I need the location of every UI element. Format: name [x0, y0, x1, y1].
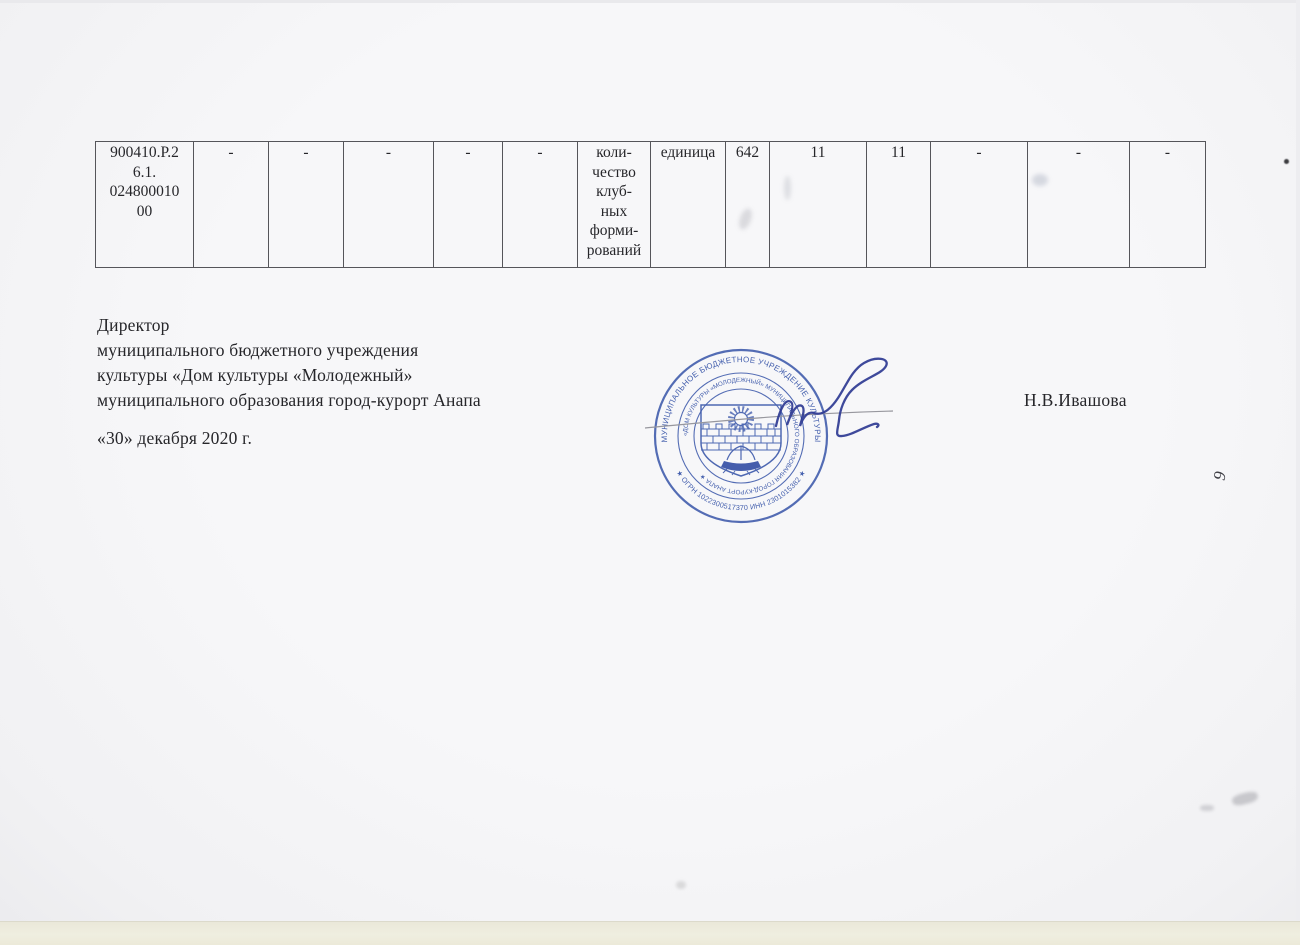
cell-dash-3: -: [344, 142, 434, 267]
cell-dash-5: -: [503, 142, 578, 267]
director-title-line: муниципального бюджетного учреждения: [97, 338, 481, 363]
cell-unit-name: единица: [651, 142, 726, 267]
cell-dash-1: -: [194, 142, 269, 267]
director-title-line: муниципального образования город-курорт …: [97, 388, 481, 413]
document-date: «30» декабря 2020 г.: [97, 428, 252, 449]
cell-dash-7: -: [1028, 142, 1130, 267]
cell-registry-code: 900410.Р.2 6.1. 024800010 00: [96, 142, 194, 267]
director-title-line: культуры «Дом культуры «Молодежный»: [97, 363, 481, 388]
cell-dash-2: -: [269, 142, 344, 267]
scan-edge-top: [0, 0, 1300, 3]
coat-of-arms: [701, 405, 781, 476]
stamp-and-signature: МУНИЦИПАЛЬНОЕ БЮДЖЕТНОЕ УЧРЕЖДЕНИЕ КУЛЬТ…: [615, 325, 925, 560]
scan-edge-right: [1296, 0, 1300, 945]
cell-value-actual: 11: [867, 142, 931, 267]
cell-okei-code: 642: [726, 142, 770, 267]
cell-dash-6: -: [931, 142, 1028, 267]
cell-dash-4: -: [434, 142, 503, 267]
scan-edge-bottom-sheet: [0, 921, 1300, 945]
cell-dash-8: -: [1130, 142, 1205, 267]
cell-indicator-name: коли- чество клуб- ных форми- рований: [578, 142, 651, 267]
director-title-block: Директор муниципального бюджетного учреж…: [97, 313, 481, 413]
report-table-row: 900410.Р.2 6.1. 024800010 00 - - - - - к…: [95, 141, 1206, 268]
cell-value-planned: 11: [770, 142, 867, 267]
signatory-name: Н.В.Ивашова: [1024, 390, 1127, 411]
director-title-line: Директор: [97, 313, 481, 338]
